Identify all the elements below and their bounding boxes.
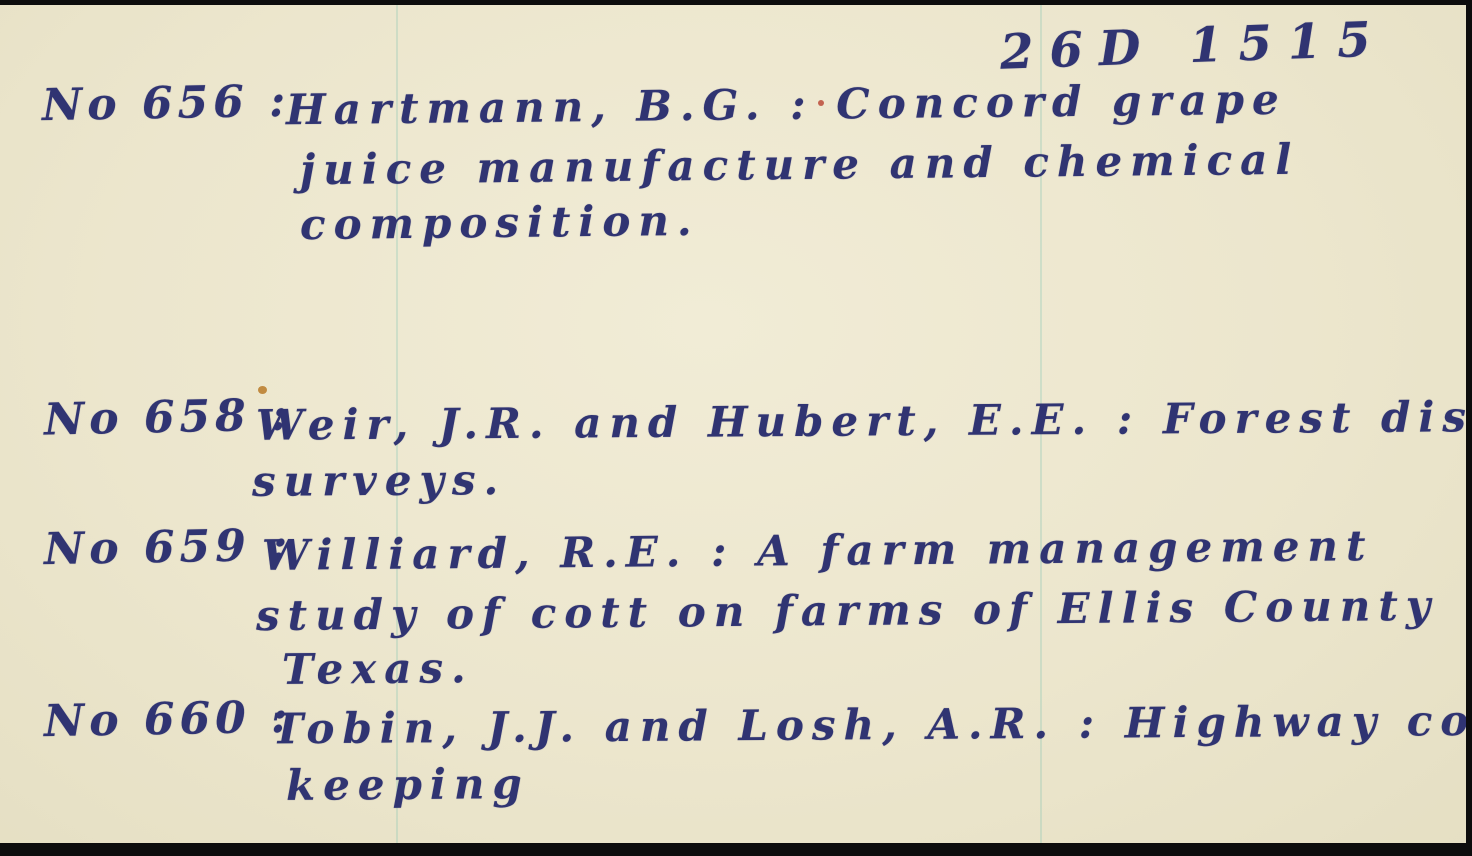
entry-line: surveys.: [252, 455, 506, 506]
entry-line: Texas.: [282, 643, 474, 694]
entry-number: No 660 :: [44, 692, 293, 747]
entry-line: study of cott on farms of Ellis County: [256, 581, 1439, 640]
entry-number: No 656 :: [42, 76, 291, 131]
entry-line: Hartmann, B.G. : Concord grape: [286, 75, 1287, 134]
entry-line: juice manufacture and chemical: [300, 135, 1300, 194]
entry-line: Williard, R.E. : A farm management: [262, 521, 1374, 580]
entry-line: Tobin, J.J. and Losh, A.R. : Highway cos…: [272, 696, 1472, 754]
card-edge-bottom: [0, 843, 1472, 856]
card-edge-right: [1466, 0, 1472, 856]
card-edge-top: [0, 0, 1472, 5]
entry-line: composition.: [300, 196, 700, 249]
ink-speck: [258, 386, 267, 394]
entry-line: keeping: [286, 759, 530, 810]
entry-number: No 659 :: [44, 520, 293, 575]
entry-line: Weir, J.R. and Hubert, E.E. : Forest dis…: [256, 391, 1472, 449]
index-card: 26D 1515 No 656 : Hartmann, B.G. : Conco…: [0, 0, 1472, 856]
call-number: 26D 1515: [999, 11, 1387, 80]
ink-speck: [818, 100, 824, 106]
